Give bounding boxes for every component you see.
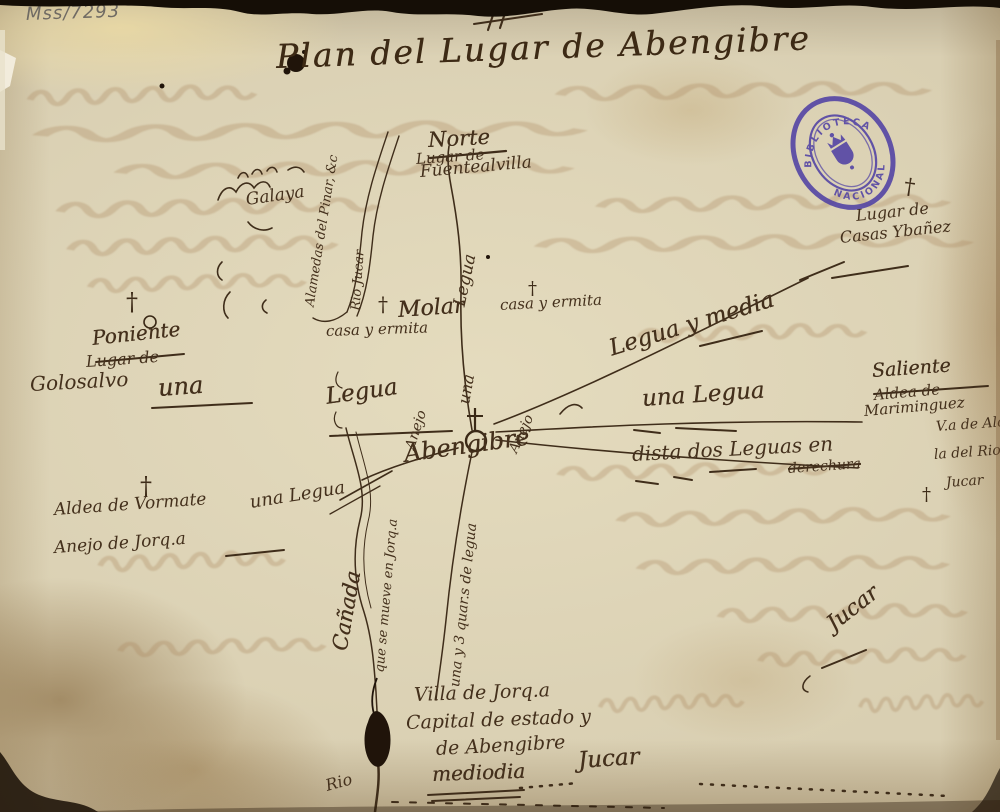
- map-title: Plan del Lugar de Abengibre: [275, 21, 811, 73]
- jorquera-line3: de Abengibre: [436, 733, 566, 759]
- road-east: [496, 422, 862, 433]
- west-place-line2: Golosalvo: [29, 369, 128, 394]
- north-road-distance-una: una: [456, 373, 477, 405]
- north-road-distance-legua: Legua: [452, 253, 480, 309]
- alcala-line2: la del Rio: [934, 443, 1000, 462]
- rio-bottom-label: Rio: [324, 771, 354, 793]
- canada-note: que se mueve en Jorq.a: [374, 518, 400, 673]
- church-cross-icon: †: [528, 280, 537, 298]
- shelfmark: Mss/7293: [26, 3, 121, 24]
- south-road-distance: una y 3 quar.s de legua: [448, 522, 479, 687]
- vormate-line1: Aldea de Vormate: [53, 491, 207, 519]
- vormate-line2: Anejo de Jorq.a: [53, 531, 186, 557]
- jucar-bottom-label: Jucar: [577, 746, 640, 773]
- east-distance: una Legua: [641, 379, 765, 411]
- canada-label: Cañada: [330, 569, 365, 652]
- church-cross-icon: †: [922, 486, 931, 504]
- southeast-struck-word: derechura: [788, 457, 862, 476]
- compass-west-label: Poniente: [91, 319, 181, 348]
- compass-east-label: Saliente: [871, 357, 951, 381]
- stamp-text-top: BIBLIOTECA: [789, 100, 877, 172]
- svg-text:BIBLIOTECA: BIBLIOTECA: [789, 100, 877, 172]
- church-cross-icon: †: [126, 290, 138, 314]
- left-edge-highlight: [0, 30, 5, 150]
- jorquera-line2: Capital de estado y: [406, 708, 592, 733]
- church-cross-icon: †: [378, 294, 388, 314]
- dotted-river-bottom: [392, 783, 948, 808]
- hand-underlines: [96, 151, 988, 801]
- southwest-distance: una Legua: [249, 479, 347, 512]
- right-edge-shade: [996, 40, 1000, 740]
- bottom-edge-shade: [60, 800, 1000, 812]
- jucar-right-label: Jucar: [823, 582, 883, 636]
- top-flourish-mark: [474, 4, 542, 30]
- stamp-crown-shield-emblem: [823, 129, 861, 174]
- rio-jucar-top-label: Rio Jucar: [350, 249, 367, 310]
- alamedas-note: Alamedas del Pinar, &c: [304, 154, 341, 308]
- church-cross-icon: †: [902, 176, 916, 199]
- bottom-right-corner-tear: [972, 768, 1000, 812]
- manuscript-map-page: BIBLIOTECA NACIONAL Mss/7293 Plan del Lu…: [0, 0, 1000, 812]
- west-distance-legua: Legua: [324, 376, 399, 409]
- west-distance-una: una: [157, 373, 204, 400]
- molar-note: casa y ermita: [326, 320, 429, 339]
- compass-south-label: mediodia: [432, 761, 526, 784]
- jorquera-line1: Villa de Jorq.a: [414, 681, 551, 705]
- church-cross-icon: †: [140, 474, 152, 498]
- torn-top-edge: [0, 0, 1000, 17]
- ermita-note-right: casa y ermita: [500, 293, 603, 313]
- bottom-left-corner-tear: [0, 752, 98, 812]
- alcala-line3: Jucar: [946, 473, 984, 490]
- alcala-line1: V.a de Alca-: [936, 414, 1000, 434]
- left-edge-notch: [0, 50, 16, 92]
- galaya-hill-label: Galaya: [245, 184, 306, 209]
- northeast-distance: Legua y media: [607, 289, 777, 361]
